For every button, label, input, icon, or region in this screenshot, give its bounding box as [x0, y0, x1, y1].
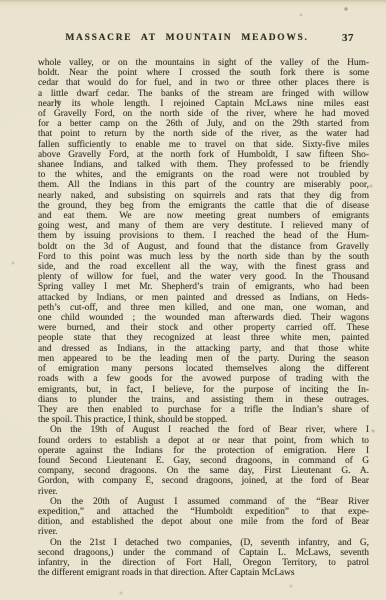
text-line: the spoil. This practice, I think, shoul… — [38, 415, 369, 425]
page-number: 37 — [342, 32, 354, 44]
text-line: were burned, and their stock and other p… — [38, 323, 369, 333]
running-head-title: MASSACRE AT MOUNTAIN MEADOWS. — [38, 33, 336, 43]
text-line: them. All the Indians in this part of th… — [38, 180, 369, 190]
text-line: that point to return by the north side o… — [38, 129, 369, 139]
text-line: attacked by Indians, or men painted and … — [38, 293, 369, 303]
text-line: and dressed as Indians, in the attacking… — [38, 344, 369, 354]
text-line: a little dwarf cedar. The banks of the s… — [38, 89, 369, 99]
text-line: boldt on the 3d of August, and found tha… — [38, 242, 369, 252]
text-line: going west, and many of them are very de… — [38, 221, 369, 231]
text-line: dians to plunder the trains, and assisti… — [38, 395, 369, 405]
text-line: people state that they recognized at lea… — [38, 333, 369, 343]
text-line: roads with a few goods for the avowed pu… — [38, 374, 369, 384]
text-line: nearly naked, and subsisting on squirrel… — [38, 191, 369, 201]
text-line: and eat them. We are now meeting great n… — [38, 211, 369, 221]
paragraph: On the 21st I detached two companies, (D… — [38, 538, 369, 579]
text-line: for a better camp on the 26th of July, a… — [38, 119, 369, 129]
text-line: above Gravelly Ford, at the north fork o… — [38, 150, 369, 160]
text-line: side, and the road excellent all the way… — [38, 262, 369, 272]
text-line: expedition,” and attached the “Humboldt … — [38, 507, 369, 517]
page-header: MASSACRE AT MOUNTAIN MEADOWS. 37 — [38, 33, 354, 47]
text-line: the ground, they beg from the emigrants … — [38, 201, 369, 211]
text-line: Ford to this point was much less by the … — [38, 252, 369, 262]
text-line: one child wounded ; the wounded man afte… — [38, 313, 369, 323]
text-line: company, second dragoons. On the same da… — [38, 466, 369, 476]
text-line: men appeared to be the leading men of th… — [38, 354, 369, 364]
text-line: boldt. Near the point where I crossed th… — [38, 68, 369, 78]
text-line: emigrants, but, in fact, I believe, for … — [38, 385, 369, 395]
scanned-book-page: MASSACRE AT MOUNTAIN MEADOWS. 37 whole v… — [0, 0, 386, 600]
text-line: operate against the Indians for the prot… — [38, 446, 369, 456]
text-line: the different emigrant roads in that dir… — [38, 568, 369, 578]
text-line: them by issuing provisions to them. I re… — [38, 231, 369, 241]
text-line: infantry, in the direction of Fort Hall,… — [38, 558, 369, 568]
text-line: Spring valley I met Mr. Shepherd’s train… — [38, 282, 369, 292]
text-line: They are then enabled to purchase for a … — [38, 405, 369, 415]
text-line: to the whites, and the emigrants on the … — [38, 170, 369, 180]
text-line: fallen sufficiently to enable me to trav… — [38, 140, 369, 150]
body-text: whole valley, or on the mountains in sig… — [38, 58, 369, 578]
paragraph: On the 20th of August I assumed command … — [38, 497, 369, 538]
text-line: whole valley, or on the mountains in sig… — [38, 58, 369, 68]
text-line: On the 19th of August I reached the ford… — [38, 425, 369, 435]
text-line: On the 20th of August I assumed command … — [38, 497, 369, 507]
text-line: of emigration many persons located thems… — [38, 364, 369, 374]
text-line: On the 21st I detached two companies, (D… — [38, 538, 369, 548]
text-line: found orders to establish a depot at or … — [38, 436, 369, 446]
text-line: dition, and established the depot about … — [38, 517, 369, 527]
text-line: nearly its whole length. I rejoined Capt… — [38, 99, 369, 109]
scan-noise — [0, 0, 2, 2]
paragraph: whole valley, or on the mountains in sig… — [38, 58, 369, 425]
text-line: second dragoons,) under the command of C… — [38, 548, 369, 558]
text-line: river. — [38, 487, 369, 497]
text-line: of Gravelly Ford, on the north side of t… — [38, 109, 369, 119]
text-line: shanee Indians, and talked with them. Th… — [38, 160, 369, 170]
text-line: found Second Lieutenant E. Gay, second d… — [38, 456, 369, 466]
text-line: Gordon, with company E, second dragoons,… — [38, 476, 369, 486]
text-line: peth’s cut-off, and three men killed, an… — [38, 303, 369, 313]
text-line: cedar that would do for fuel, and in two… — [38, 78, 369, 88]
text-line: plenty of willow for fuel, and the water… — [38, 272, 369, 282]
paragraph: On the 19th of August I reached the ford… — [38, 425, 369, 496]
text-line: river. — [38, 527, 369, 537]
